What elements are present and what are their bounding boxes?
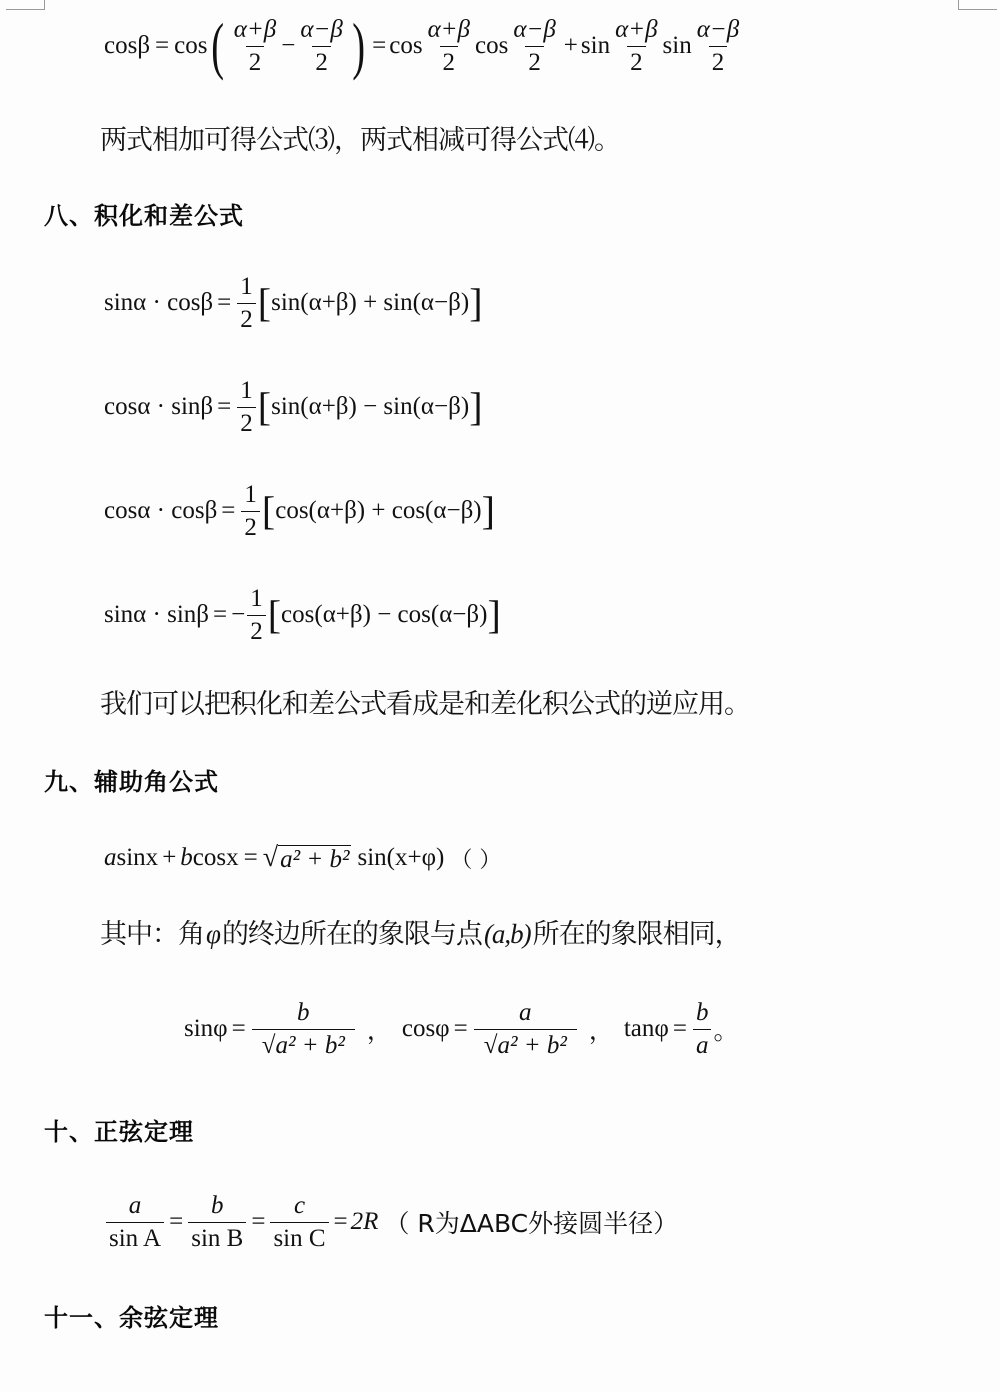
denominator: 2	[525, 46, 544, 79]
formula-rhs: sin(x+φ)	[357, 844, 444, 872]
formula-cos-beta-expansion: cosβ = cos ( α+β2 − α−β2 ) = cos α+β2 co…	[104, 8, 744, 84]
formula-rhs: cos(α+β) − cos(α−β)	[281, 601, 487, 629]
denominator: 2	[709, 46, 728, 79]
equals-sign: =	[244, 844, 258, 872]
left-paren: (	[212, 14, 225, 78]
right-paren: )	[352, 14, 365, 78]
sin-fn: sin	[663, 32, 692, 60]
formula-auxiliary-angle: a sinx + b cosx = √a² + b² sin(x+φ) （ ）	[104, 836, 501, 880]
formula-product-to-sum-4: sinα · sinβ = − 12 [ cos(α+β) − cos(α−β)…	[104, 584, 501, 646]
numerator: a	[516, 997, 535, 1029]
right-bracket: ]	[482, 491, 495, 531]
numerator: 1	[241, 479, 260, 511]
equals-sign: =	[372, 32, 386, 60]
minus-sign: −	[281, 32, 295, 60]
tan-phi: tanφ	[624, 1015, 669, 1043]
note-prefix: 其中：角	[100, 912, 204, 951]
left-bracket: [	[262, 491, 275, 531]
denominator: a	[693, 1029, 712, 1062]
numerator: α−β	[297, 14, 345, 46]
phi-symbol: φ	[206, 919, 220, 950]
denominator: 2	[237, 407, 256, 440]
fraction: α−β2	[694, 14, 742, 79]
plus-sign: +	[564, 32, 578, 60]
fraction: a√a² + b²	[474, 997, 577, 1062]
equals-sign: =	[251, 1208, 265, 1236]
fraction: ba	[693, 997, 712, 1062]
formula-phi-definitions: sinφ = b√a² + b² ， cosφ = a√a² + b² ， ta…	[184, 990, 738, 1068]
empty-paren: （ ）	[450, 843, 501, 874]
formula-law-of-sines: asin A = bsin B = csin C = 2R （ R为ΔABC外接…	[104, 1184, 678, 1260]
formula-lhs: sinα · sinβ	[104, 601, 209, 629]
denominator: 2	[247, 615, 266, 648]
formula-product-to-sum-3: cosα · cosβ = 12 [ cos(α+β) + cos(α−β) ]	[104, 480, 495, 542]
numerator: b	[693, 997, 712, 1029]
equals-sign: =	[169, 1208, 183, 1236]
note-inverse-application: 我们可以把积化和差公式看成是和差化积公式的逆应用。	[100, 682, 750, 721]
fraction-half: 12	[237, 375, 256, 440]
coef-b: b	[180, 844, 193, 872]
left-bracket: [	[268, 595, 281, 635]
formula-rhs: cos(α+β) + cos(α−β)	[275, 497, 481, 525]
section-heading-law-of-sines: 十、正弦定理	[44, 1112, 194, 1147]
fraction: csin C	[270, 1190, 328, 1255]
note-suffix: 所在的象限相同，	[533, 912, 741, 951]
denominator: 2	[440, 46, 459, 79]
numerator: α−β	[510, 14, 558, 46]
fraction: α+β2	[612, 14, 660, 79]
cos-fn: cos	[475, 32, 508, 60]
numerator: α+β	[425, 14, 473, 46]
sign: −	[231, 601, 245, 629]
page-corner-mark-right	[958, 0, 997, 10]
separator: ，	[589, 1011, 614, 1047]
right-bracket: ]	[469, 283, 482, 323]
denominator: 2	[312, 46, 331, 79]
cos-fn: cos	[174, 32, 207, 60]
formula-rhs: 2R	[351, 1208, 379, 1236]
formula-rhs: sin(α+β) + sin(α−β)	[271, 289, 469, 317]
section-heading-product-to-sum: 八、积化和差公式	[44, 196, 244, 231]
radicand: a² + b²	[278, 845, 351, 874]
numerator: 1	[237, 375, 256, 407]
right-bracket: ]	[469, 387, 482, 427]
formula-lhs: cosα · cosβ	[104, 497, 217, 525]
section-heading-law-of-cosines: 十一、余弦定理	[44, 1298, 219, 1333]
numerator: α+β	[612, 14, 660, 46]
note-quadrant: 其中：角 φ 的终边所在的象限与点 (a,b) 所在的象限相同，	[100, 912, 741, 951]
fraction-half: 12	[237, 271, 256, 336]
denominator: √a² + b²	[252, 1029, 355, 1062]
equals-sign: =	[221, 497, 235, 525]
radicand: a² + b²	[275, 1032, 344, 1059]
denominator: √a² + b²	[474, 1029, 577, 1062]
separator: ，	[367, 1011, 392, 1047]
numerator: α−β	[694, 14, 742, 46]
denominator: 2	[237, 303, 256, 336]
denominator: sin A	[106, 1222, 164, 1255]
denominator: 2	[627, 46, 646, 79]
numerator: c	[291, 1190, 308, 1222]
numerator: b	[208, 1190, 227, 1222]
equals-sign: =	[232, 1015, 246, 1043]
equals-sign: =	[213, 601, 227, 629]
sin-x: sinx	[117, 844, 159, 872]
sin-fn: sin	[581, 32, 610, 60]
left-bracket: [	[258, 283, 271, 323]
fraction: asin A	[106, 1190, 164, 1255]
equals-sign: =	[217, 289, 231, 317]
cos-fn: cos	[389, 32, 422, 60]
formula-rhs: sin(α+β) − sin(α−β)	[271, 393, 469, 421]
denominator: 2	[241, 511, 260, 544]
left-bracket: [	[258, 387, 271, 427]
numerator: α+β	[231, 14, 279, 46]
formula-lhs: cosβ	[104, 32, 150, 60]
denominator: sin C	[270, 1222, 328, 1255]
formula-lhs: cosα · sinβ	[104, 393, 213, 421]
equals-sign: =	[334, 1208, 348, 1236]
numerator: 1	[247, 583, 266, 615]
note-sum-difference: 两式相加可得公式⑶，两式相减可得公式⑷。	[100, 118, 620, 157]
page-corner-mark-left	[6, 0, 45, 10]
period: 。	[713, 1011, 738, 1047]
fraction-half: 12	[241, 479, 260, 544]
fraction: α+β2	[231, 14, 279, 79]
coef-a: a	[104, 844, 117, 872]
numerator: a	[126, 1190, 145, 1222]
cos-phi: cosφ	[402, 1015, 450, 1043]
point-ab: (a,b)	[484, 919, 531, 950]
formula-product-to-sum-2: cosα · sinβ = 12 [ sin(α+β) − sin(α−β) ]	[104, 376, 483, 438]
right-bracket: ]	[487, 595, 500, 635]
denominator: 2	[246, 46, 265, 79]
fraction: α−β2	[510, 14, 558, 79]
fraction: α−β2	[297, 14, 345, 79]
equals-sign: =	[454, 1015, 468, 1043]
equals-sign: =	[155, 32, 169, 60]
sin-phi: sinφ	[184, 1015, 228, 1043]
fraction: bsin B	[188, 1190, 246, 1255]
radical-sign: √	[263, 842, 278, 874]
numerator: 1	[237, 271, 256, 303]
cos-x: cosx	[193, 844, 239, 872]
formula-product-to-sum-1: sinα · cosβ = 12 [ sin(α+β) + sin(α−β) ]	[104, 272, 483, 334]
equals-sign: =	[217, 393, 231, 421]
fraction-half: 12	[247, 583, 266, 648]
numerator: b	[294, 997, 313, 1029]
equals-sign: =	[673, 1015, 687, 1043]
radicand: a² + b²	[497, 1032, 566, 1059]
section-heading-auxiliary-angle: 九、辅助角公式	[44, 762, 219, 797]
note-mid: 的终边所在的象限与点	[222, 912, 482, 951]
square-root: √a² + b²	[263, 842, 352, 874]
circumradius-note: （ R为ΔABC外接圆半径）	[384, 1204, 678, 1240]
plus-sign: +	[162, 844, 176, 872]
formula-lhs: sinα · cosβ	[104, 289, 213, 317]
fraction: α+β2	[425, 14, 473, 79]
fraction: b√a² + b²	[252, 997, 355, 1062]
denominator: sin B	[188, 1222, 246, 1255]
